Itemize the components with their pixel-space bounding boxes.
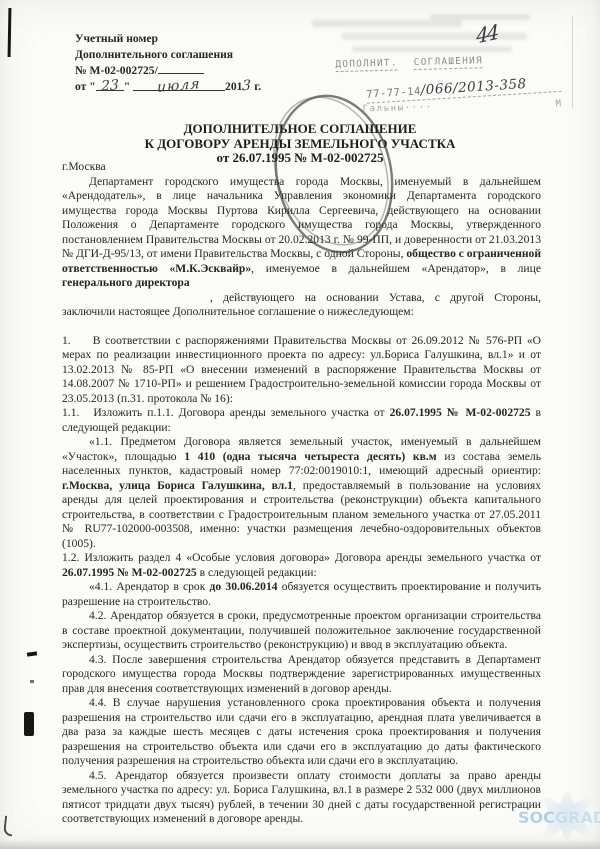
header-block: Учетный номер Дополнительного соглашения… — [75, 31, 261, 94]
title-line-1: ДОПОЛНИТЕЛЬНОЕ СОГЛАШЕНИЕ — [60, 122, 540, 137]
paragraph: 4.4. В случае нарушения установленного с… — [62, 696, 541, 769]
bleedthrough-text — [430, 14, 530, 20]
agreement-number-line: № М-02-002725/ — [75, 62, 261, 79]
stamp-title-row: ДОПОЛНИТ. СОГЛАШЕНИЯ — [335, 53, 573, 72]
paragraph: 4.3. После завершения строительства Арен… — [62, 653, 541, 697]
bleedthrough-text — [352, 46, 512, 52]
title-line-2: К ДОГОВОРУ АРЕНДЫ ЗЕМЕЛЬНОГО УЧАСТКА — [60, 137, 540, 152]
stamp-word-1: ДОПОЛНИТ. — [335, 57, 398, 72]
stamp-word-2: СОГЛАШЕНИЯ — [414, 55, 484, 70]
stamp-number-handwritten: /066/2013-358 — [420, 76, 527, 98]
bleedthrough-text — [312, 20, 462, 27]
paragraph: 4.2. Арендатор обязуется в сроки, предус… — [62, 609, 541, 653]
scanned-document-page: 44 Учетный номер Дополнительного соглаше… — [0, 0, 600, 849]
stamp-signature-name: Гальны···· — [363, 103, 433, 115]
stamp-signature-initial: М — [555, 99, 562, 109]
blank-line — [158, 62, 204, 74]
paragraph: 1.1.Изложить п.1.1. Договора аренды земе… — [62, 406, 541, 435]
watermark: SOCGRAD — [514, 792, 600, 840]
date-suffix: г. — [254, 80, 261, 93]
city-line: г.Москва — [62, 160, 541, 175]
scan-artifact-dash — [27, 651, 37, 656]
watermark-text: SOCGRAD — [518, 808, 600, 827]
paragraph: Департамент городского имущества города … — [62, 175, 541, 291]
scan-artifact-line — [8, 8, 11, 57]
paragraph: , действующего на основании Устава, с др… — [62, 291, 541, 320]
stamp-number-printed: 77-77-14 — [366, 85, 421, 100]
date-close-quote: " — [124, 80, 130, 93]
date-prefix: от " — [75, 80, 96, 93]
handwritten-year-digit: 3 — [242, 78, 251, 94]
header-line-2: Дополнительного соглашения — [75, 47, 261, 63]
paragraph: «4.1. Арендатор в срок до 30.06.2014 обя… — [62, 580, 541, 609]
date-year-printed: 201 — [225, 80, 242, 93]
bleedthrough-text — [342, 33, 527, 40]
agreement-number: № М-02-002725/ — [75, 64, 158, 77]
date-day-slot: 23 — [96, 79, 124, 91]
handwritten-month: июля — [157, 77, 201, 96]
scan-artifact-hook — [3, 816, 14, 837]
scan-artifact-bar — [24, 712, 34, 736]
handwritten-day: 23 — [101, 78, 119, 95]
stamp-registration-number: 77-77-14/066/2013-358 — [366, 71, 562, 104]
header-line-1: Учетный номер — [75, 31, 261, 47]
date-line: от "23" июля2013 г. — [75, 79, 261, 95]
document-body: г.Москва Департамент городского имуществ… — [62, 160, 541, 827]
scan-artifact-dot — [30, 680, 34, 683]
date-month-slot: июля — [133, 79, 225, 91]
paragraph: 4.5. Арендатор обязуется произвести опла… — [62, 769, 541, 827]
paragraph: «1.1. Предметом Договора является земель… — [62, 435, 541, 551]
paragraph: 1.В соответствии с распоряжениями Правит… — [62, 334, 541, 407]
handwritten-page-number: 44 — [476, 20, 498, 49]
registration-stamp: ДОПОЛНИТ. СОГЛАШЕНИЯ 77-77-14/066/2013-3… — [335, 53, 574, 115]
paragraph: 1.2. Изложить раздел 4 «Особые условия д… — [62, 551, 541, 580]
